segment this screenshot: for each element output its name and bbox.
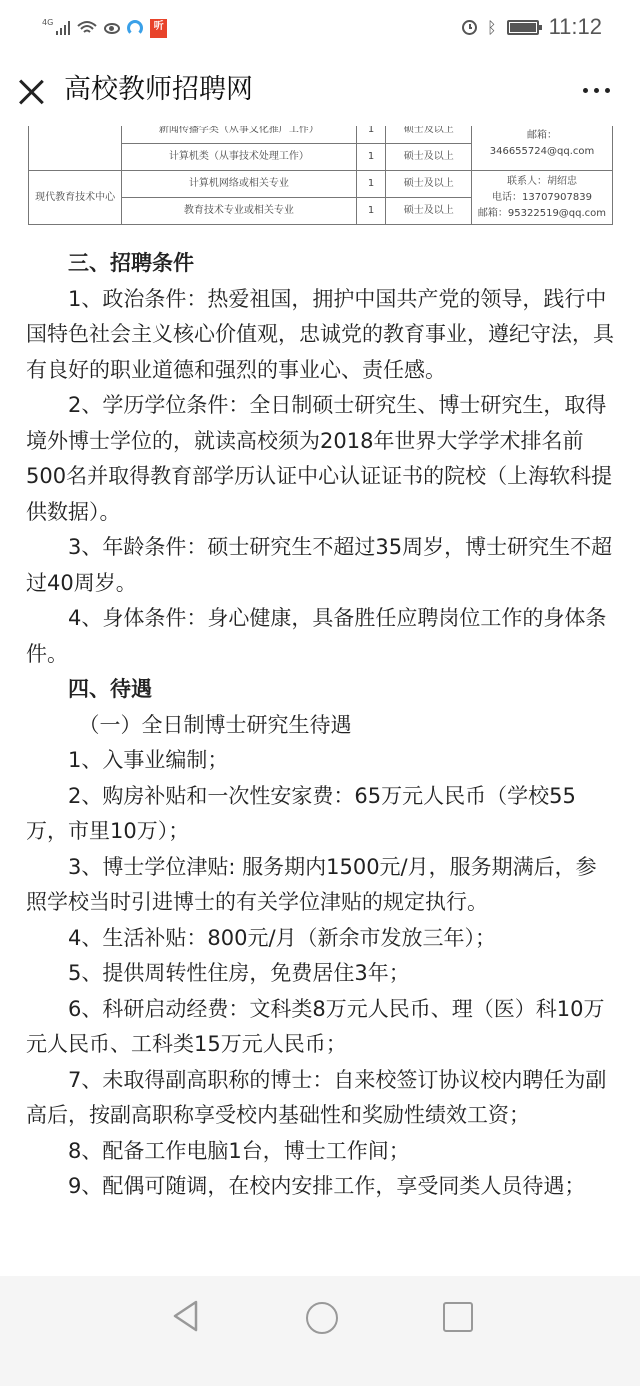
paragraph: 4、生活补贴：800元/月（新余市发放三年）； (26, 921, 616, 957)
eye-app-icon (104, 23, 120, 34)
ting-app-icon: 听 (150, 19, 167, 38)
positions-table: 新闻传播学类（从事文化推广工作） 1 硕士及以上 邮箱：346655724@qq… (28, 126, 613, 225)
table-cell-dept: 现代教育技术中心 (29, 171, 122, 225)
article-content[interactable]: 新闻传播学类（从事文化推广工作） 1 硕士及以上 邮箱：346655724@qq… (0, 126, 640, 1276)
more-menu-icon[interactable] (583, 88, 610, 93)
paragraph: 9、配偶可随调，在校内安排工作，享受同类人员待遇； (26, 1169, 616, 1205)
contact-email: 邮箱：95322519@qq.com (476, 206, 608, 222)
table-cell-education: 硕士及以上 (386, 198, 471, 225)
table-cell-major: 新闻传播学类（从事文化推广工作） (122, 126, 356, 144)
paragraph: 3、博士学位津贴: 服务期内1500元/月，服务期满后，参照学校当时引进博士的有… (26, 850, 616, 921)
section-heading: 四、待遇 (26, 672, 616, 708)
table-cell-dept (29, 126, 122, 171)
table-row: 现代教育技术中心 计算机网络或相关专业 1 硕士及以上 联系人：胡绍忠 电话：1… (29, 171, 613, 198)
table-cell-count: 1 (356, 126, 386, 144)
paragraph: 7、未取得副高职称的博士：自来校签订协议校内聘任为副高后，按副高职称享受校内基础… (26, 1063, 616, 1134)
table-cell-major: 计算机类（从事技术处理工作） (122, 144, 356, 171)
article-body: 三、招聘条件 1、政治条件：热爱祖国，拥护中国共产党的领导，践行中国特色社会主义… (26, 246, 616, 1205)
table-cell-education: 硕士及以上 (386, 144, 471, 171)
table-cell-education: 硕士及以上 (386, 126, 471, 144)
table-cell-major: 计算机网络或相关专业 (122, 171, 356, 198)
home-icon[interactable] (306, 1302, 338, 1334)
battery-icon (507, 20, 539, 35)
page-title: 高校教师招聘网 (64, 72, 253, 108)
table-cell-count: 1 (356, 171, 386, 198)
paragraph: 1、入事业编制； (26, 743, 616, 779)
section-heading: 三、招聘条件 (26, 246, 616, 282)
paragraph: 4、身体条件：身心健康，具备胜任应聘岗位工作的身体条件。 (26, 601, 616, 672)
back-icon[interactable] (170, 1298, 200, 1334)
table-cell-count: 1 (356, 198, 386, 225)
table-cell-education: 硕士及以上 (386, 171, 471, 198)
bluetooth-icon: ᛒ (487, 18, 497, 37)
signal-icon (56, 21, 70, 35)
network-type: 4G (42, 18, 53, 27)
paragraph: 8、配备工作电脑1台，博士工作间； (26, 1134, 616, 1170)
table-cell-major: 教育技术专业或相关专业 (122, 198, 356, 225)
alarm-icon (462, 20, 477, 35)
table-row: 新闻传播学类（从事文化推广工作） 1 硕士及以上 邮箱：346655724@qq… (29, 126, 613, 144)
table-cell-contact: 联系人：胡绍忠 电话：13707907839 邮箱：95322519@qq.co… (471, 171, 612, 225)
app-header: 高校教师招聘网 (0, 56, 640, 126)
wifi-icon (77, 20, 97, 36)
status-bar-left: 4G 听 (42, 14, 167, 42)
recents-icon[interactable] (443, 1302, 473, 1332)
contact-phone: 电话：13707907839 (476, 190, 608, 206)
close-icon[interactable] (16, 76, 46, 106)
contact-person: 联系人：胡绍忠 (476, 174, 608, 190)
paragraph: 5、提供周转性住房，免费居住3年； (26, 956, 616, 992)
table-cell-contact: 邮箱：346655724@qq.com (471, 126, 612, 171)
paragraph: 2、学历学位条件：全日制硕士研究生、博士研究生，取得境外博士学位的，就读高校须为… (26, 388, 616, 530)
table-cell-count: 1 (356, 144, 386, 171)
paragraph: 2、购房补贴和一次性安家费：65万元人民币（学校55万，市里10万）； (26, 779, 616, 850)
paragraph: 1、政治条件：热爱祖国，拥护中国共产党的领导，践行中国特色社会主义核心价值观，忠… (26, 282, 616, 389)
clock: 11:12 (549, 14, 602, 40)
system-nav-bar (0, 1276, 640, 1386)
browser-app-icon (127, 20, 143, 36)
status-bar: 4G 听 ᛒ 11:12 (0, 0, 640, 56)
status-bar-right: ᛒ 11:12 (462, 12, 602, 42)
subsection-heading: （一）全日制博士研究生待遇 (26, 708, 616, 744)
paragraph: 6、科研启动经费：文科类8万元人民币、理（医）科10万元人民币、工科类15万元人… (26, 992, 616, 1063)
paragraph: 3、年龄条件：硕士研究生不超过35周岁，博士研究生不超过40周岁。 (26, 530, 616, 601)
